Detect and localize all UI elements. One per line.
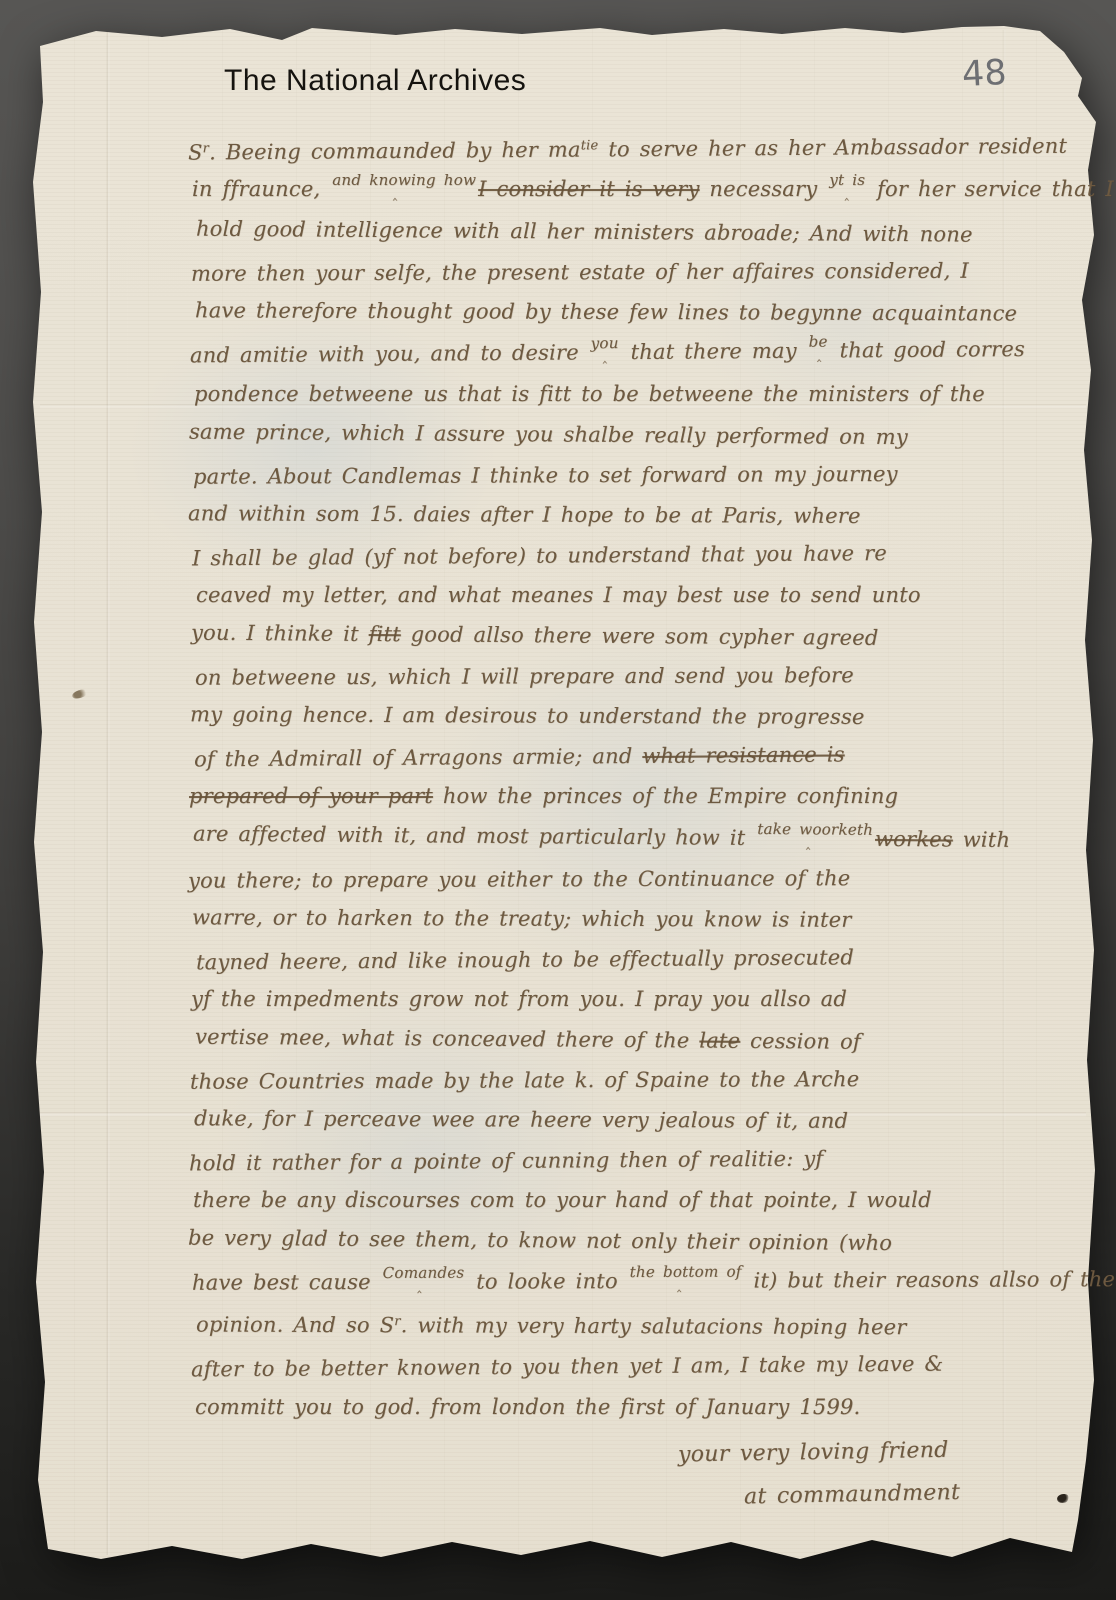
archive-watermark: The National Archives [224, 64, 526, 98]
manuscript-line: more then your selfe, the present estate… [191, 250, 1076, 294]
folio-number: 48 [961, 53, 1008, 95]
manuscript-text-segment: have best cause [192, 1270, 381, 1295]
manuscript-line: duke, for I perceave wee are heere very … [194, 1098, 1076, 1142]
manuscript-text-segment: you there; to prepare you either to the … [188, 866, 850, 893]
manuscript-line: Sr. Beeing commaunded by her matie to se… [188, 123, 1076, 173]
manuscript-line: vertise mee, what is conceaved there of … [195, 1016, 1076, 1063]
manuscript-text-segment: for her service that I should [867, 177, 1116, 201]
manuscript-text-segment: be [808, 322, 827, 362]
letter-lines: Sr. Beeing commaunded by her matie to se… [192, 126, 1076, 1427]
manuscript-text-segment: workes [875, 826, 953, 851]
manuscript-text-segment: be very glad to see them, to know not on… [188, 1225, 892, 1254]
manuscript-line: and amitie with you, and to desire you t… [190, 329, 1076, 378]
manuscript-text-segment: late [699, 1028, 740, 1052]
manuscript-line: my going hence. I am desirous to underst… [190, 694, 1076, 738]
document-scan: The National Archives 48 Sr. Beeing comm… [0, 0, 1116, 1600]
manuscript-text-segment: on betweene us, which I will prepare and… [195, 663, 854, 690]
manuscript-line: you. I thinke it fitt good allso there w… [191, 612, 1076, 659]
manuscript-text-segment: of the Admirall of Arragons armie; and [194, 744, 642, 771]
manuscript-text-segment: have therefore thought good by these few… [195, 298, 1017, 325]
manuscript-text-segment: to looke into [466, 1269, 627, 1294]
manuscript-text-segment: you [590, 323, 618, 363]
manuscript-line: ceaved my letter, and what meanes I may … [196, 575, 1076, 615]
manuscript-line: there be any discourses com to your hand… [193, 1180, 1076, 1220]
manuscript-line: after to be better knowen to you then ye… [191, 1343, 1076, 1390]
manuscript-text-segment: S [188, 140, 203, 164]
manuscript-text-segment: yt is [829, 160, 865, 200]
closing-line: your very loving friend [678, 1427, 1077, 1476]
manuscript-text-segment: parte. About Candlemas I thinke to set f… [193, 462, 898, 489]
closing-line: at commaundment [744, 1469, 1077, 1518]
manuscript-line: in ffraunce, and knowing howI consider i… [192, 169, 1076, 211]
manuscript-line: have therefore thought good by these few… [195, 290, 1076, 334]
manuscript-text-segment: and amitie with you, and to desire [190, 341, 589, 368]
manuscript-text-segment: ceaved my letter, and what meanes I may … [196, 583, 921, 607]
manuscript-text-segment: yf the impedments grow not from you. I p… [191, 987, 847, 1011]
manuscript-text-segment: Comandes [383, 1252, 465, 1293]
manuscript-line: committ you to god. from london the firs… [195, 1387, 1076, 1427]
manuscript-text-segment: I shall be glad (yf not before) to under… [192, 541, 887, 570]
manuscript-text-segment: opinion. And so S [196, 1313, 394, 1338]
manuscript-text-segment: prepared of your part [189, 784, 433, 808]
manuscript-line: warre, or to harken to the treaty; which… [192, 897, 1076, 941]
manuscript-text-segment: I consider it is very [478, 177, 699, 201]
manuscript-text-segment: hold good intelligence with all her mini… [196, 216, 973, 246]
manuscript-line: pondence betweene us that is fitt to be … [194, 374, 1076, 414]
manuscript-line: hold good intelligence with all her mini… [196, 208, 1076, 255]
manuscript-line: parte. About Candlemas I thinke to set f… [193, 453, 1076, 497]
manuscript-line: you there; to prepare you either to the … [188, 857, 1076, 901]
manuscript-text-segment: you. I thinke it [191, 620, 369, 645]
manuscript-text-segment: fitt [369, 622, 401, 646]
manuscript-line: of the Admirall of Arragons armie; and w… [194, 733, 1076, 780]
manuscript-text-segment: same prince, which I assure you shalbe r… [189, 419, 908, 449]
manuscript-text-segment: how the princes of the Empire confining [433, 784, 898, 808]
manuscript-line: have best cause Comandes to looke into t… [192, 1259, 1076, 1305]
manuscript-text-segment: tie [581, 138, 599, 153]
manuscript-text-segment: that good corres [830, 337, 1025, 362]
manuscript-line: are affected with it, and most particula… [193, 813, 1076, 862]
manuscript-text-segment: to serve her as her Ambassador resident [598, 134, 1067, 162]
manuscript-text-segment: more then your selfe, the present estate… [191, 258, 969, 285]
manuscript-text-segment: pondence betweene us that is fitt to be … [194, 382, 985, 406]
manuscript-text-segment: . with my very harty salutacions hoping … [401, 1313, 907, 1339]
manuscript-text-segment: necessary [700, 177, 828, 201]
manuscript-text-segment: vertise mee, what is conceaved there of … [195, 1024, 699, 1052]
manuscript-text-segment: after to be better knowen to you then ye… [191, 1352, 943, 1382]
manuscript-line: those Countries made by the late k. of S… [190, 1058, 1076, 1102]
manuscript-text-segment: and knowing how [332, 160, 476, 200]
manuscript-line: tayned heere, and like inough to be effe… [196, 936, 1076, 983]
manuscript-text-segment: there be any discourses com to your hand… [193, 1188, 932, 1212]
letter-closing: your very loving friendat commaundment [192, 1431, 1076, 1515]
manuscript-text-segment: committ you to god. from london the firs… [195, 1395, 860, 1419]
manuscript-text-segment: cession of [740, 1028, 861, 1053]
letter-body: Sr. Beeing commaunded by her matie to se… [192, 126, 1076, 1515]
manuscript-text-segment: the bottom of [630, 1251, 742, 1292]
manuscript-line: I shall be glad (yf not before) to under… [192, 532, 1076, 579]
manuscript-line: yf the impedments grow not from you. I p… [191, 979, 1076, 1019]
fold-crease-vertical [106, 30, 110, 1555]
manuscript-text-segment: my going hence. I am desirous to underst… [190, 702, 865, 729]
manuscript-text-segment: tayned heere, and like inough to be effe… [196, 946, 854, 975]
manuscript-text-segment: warre, or to harken to the treaty; which… [192, 905, 852, 932]
manuscript-text-segment: take woorketh [757, 809, 873, 850]
manuscript-text-segment: hold it rather for a pointe of cunning t… [189, 1147, 824, 1176]
manuscript-text-segment: in ffraunce, [192, 177, 330, 201]
manuscript-text-segment: it) but their reasons allso of their [744, 1267, 1116, 1292]
manuscript-line: and within som 15. daies after I hope to… [188, 493, 1076, 537]
manuscript-text-segment: with [953, 827, 1011, 851]
manuscript-line: prepared of your part how the princes of… [189, 776, 1076, 816]
manuscript-line: on betweene us, which I will prepare and… [195, 654, 1076, 698]
manuscript-text-segment: duke, for I perceave wee are heere very … [194, 1106, 848, 1133]
manuscript-line: same prince, which I assure you shalbe r… [189, 411, 1076, 458]
manuscript-line: hold it rather for a pointe of cunning t… [189, 1137, 1076, 1184]
manuscript-text-segment: that there may [621, 339, 807, 364]
manuscript-text-segment: and within som 15. daies after I hope to… [188, 501, 861, 528]
manuscript-text-segment: what resistance is [642, 743, 844, 769]
manuscript-text-segment: those Countries made by the late k. of S… [190, 1067, 859, 1094]
manuscript-text-segment: good allso there were som cypher agreed [401, 622, 879, 650]
manuscript-text-segment: are affected with it, and most particula… [193, 821, 755, 849]
manuscript-line: opinion. And so Sr. with my very harty s… [196, 1301, 1076, 1348]
